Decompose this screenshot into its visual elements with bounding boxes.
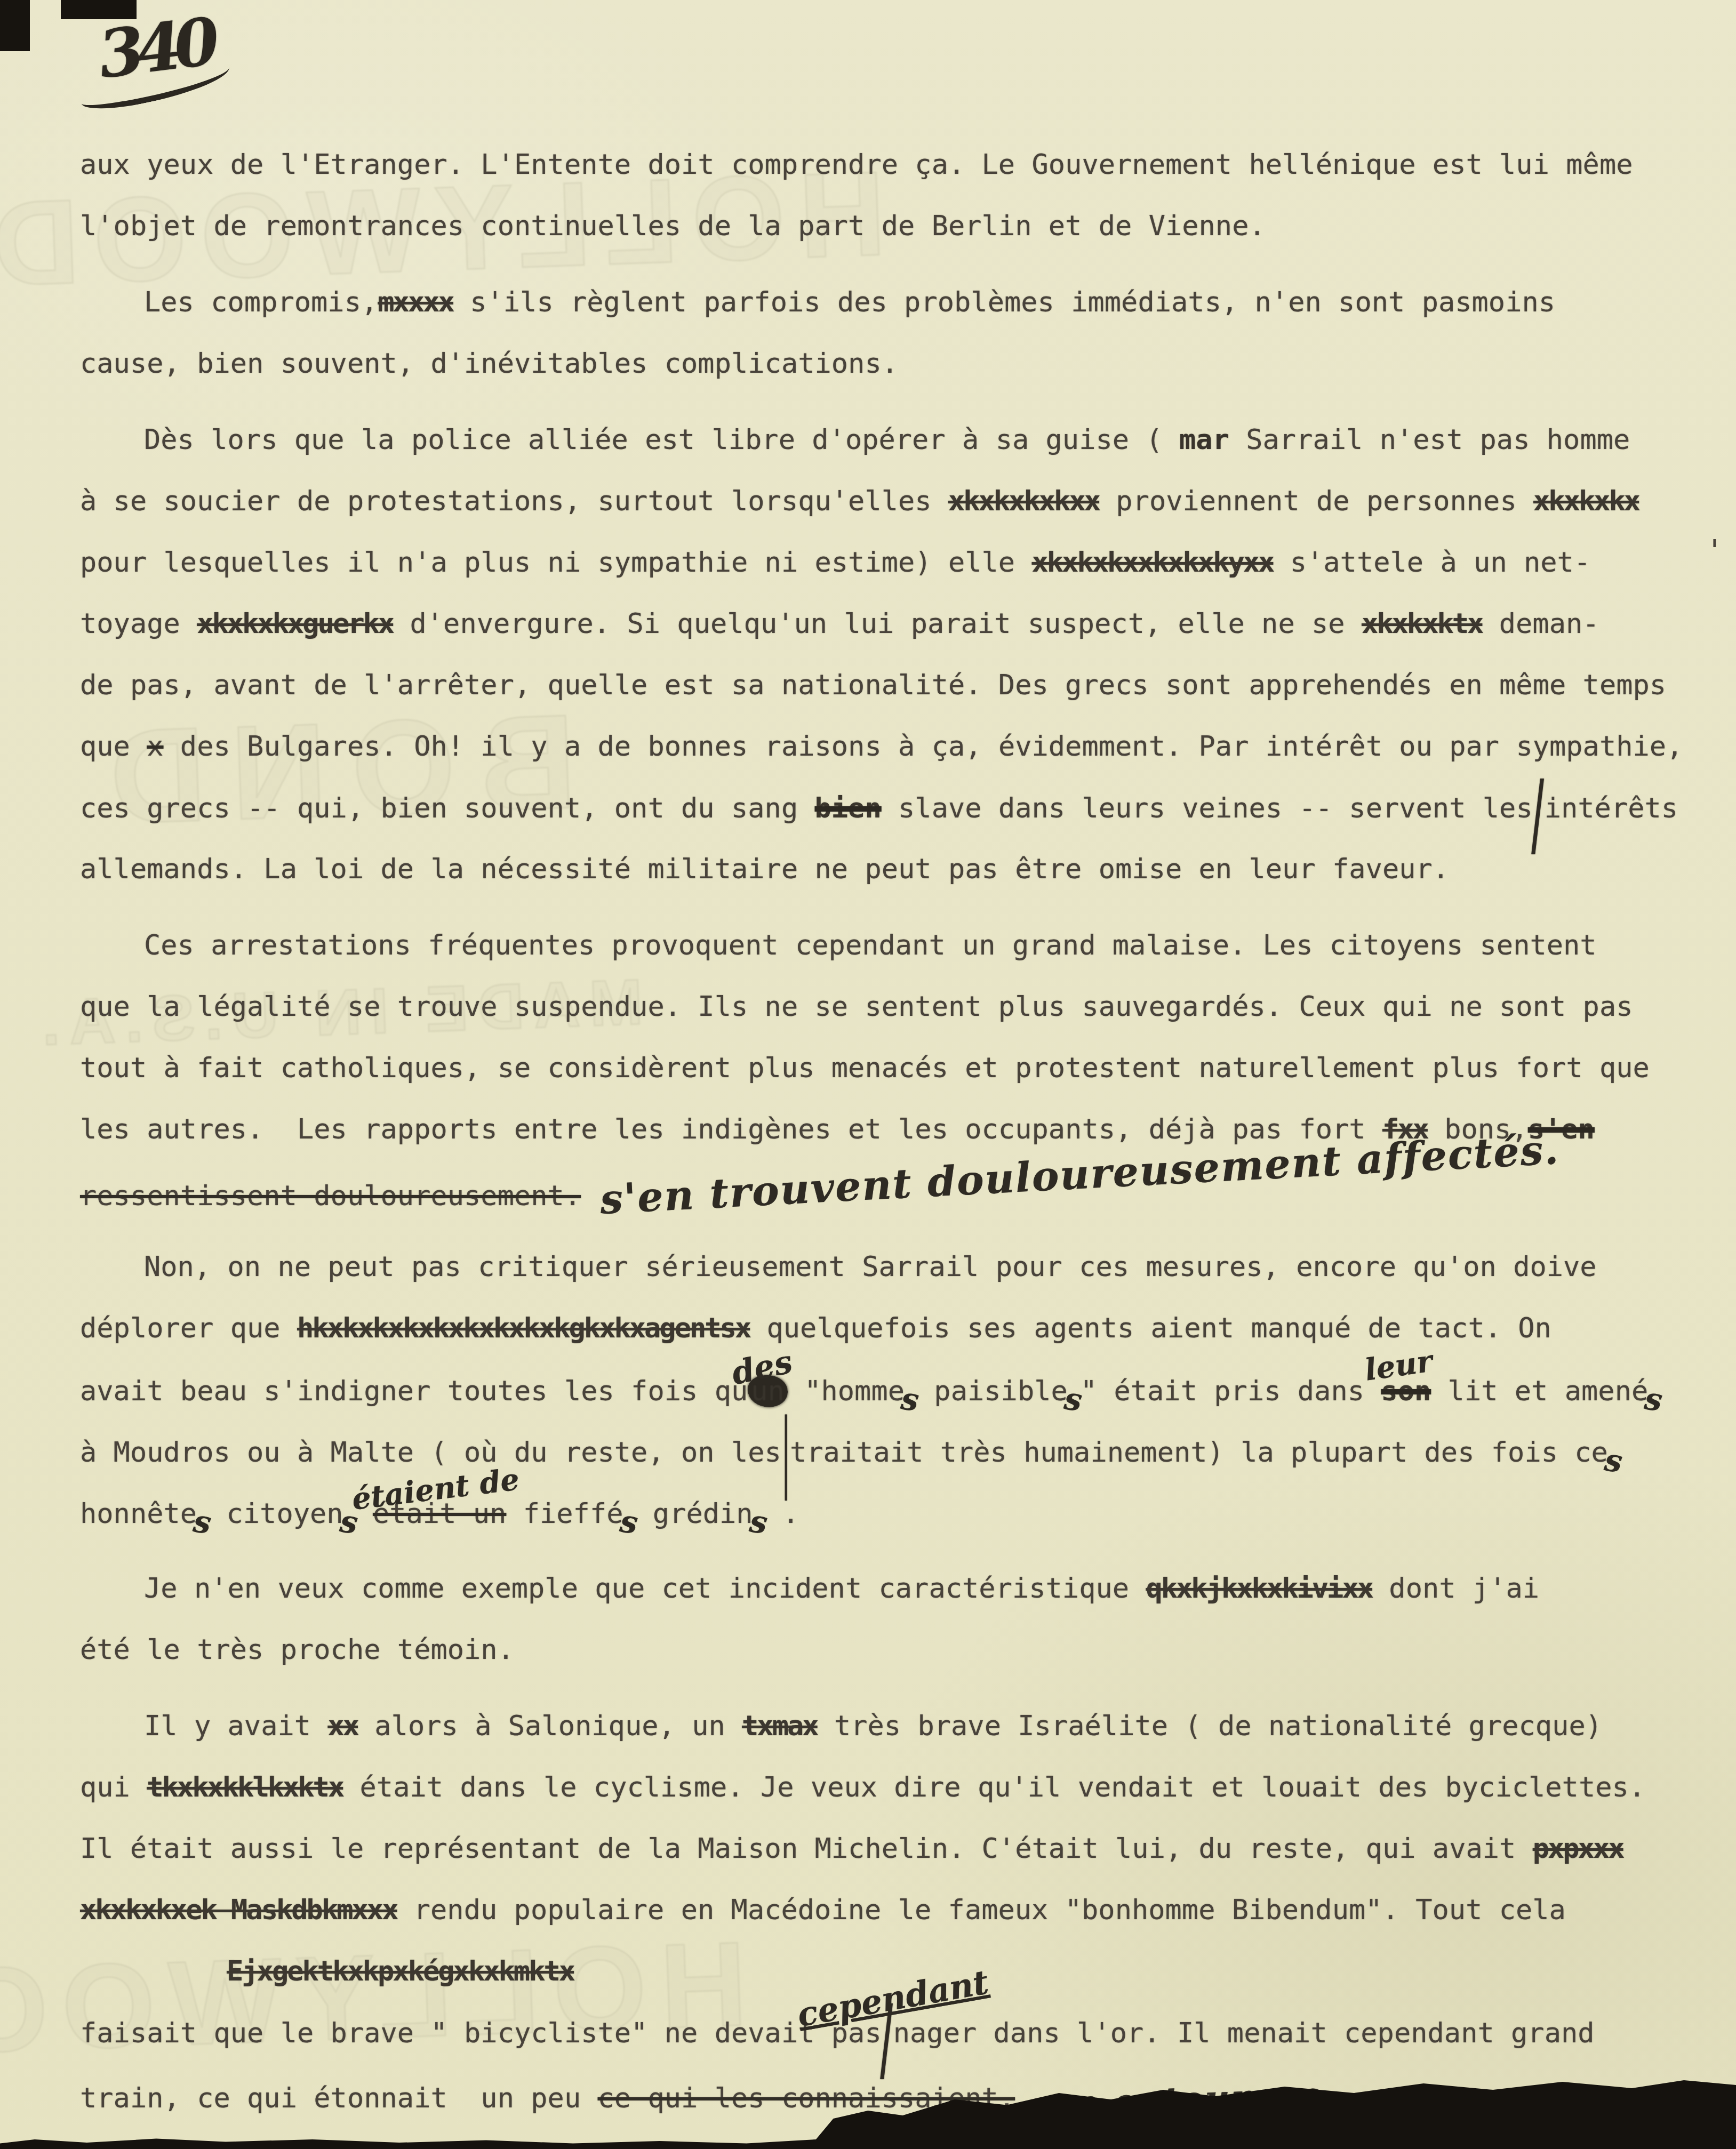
typed-text: lit et amené [1431, 1375, 1648, 1407]
typed-line: toyage xkxkxkxguerkx d'envergure. Si que… [80, 594, 1704, 655]
typed-text: cause, bien souvent, d'inévitables compl… [80, 348, 898, 380]
typed-text: d'envergure. Si quelqu'un lui parait sus… [393, 608, 1362, 640]
ink-struck-text: bien [815, 792, 882, 824]
typed-line: l'objet de remontrances continuelles de … [80, 196, 1704, 257]
typed-line: à Moudros ou à Malte ( où du reste, on l… [80, 1421, 1704, 1482]
typed-line: de pas, avant de l'arrêter, quelle est s… [80, 655, 1704, 716]
typed-strikeout: mxxxx [378, 286, 453, 318]
typed-text: l'objet de remontrances continuelles de … [80, 210, 1266, 242]
typed-text: que [80, 731, 147, 763]
typed-line: qui tkxkxkklkxktx était dans le cyclisme… [80, 1757, 1704, 1818]
typed-line: Non, on ne peut pas critiquer sérieuseme… [80, 1237, 1704, 1298]
typed-line: déplorer que hkxkxkxkxkxkxkxkxkgkxkxagen… [80, 1298, 1704, 1359]
typed-text: citoyen [210, 1498, 343, 1530]
typed-text: intérêts [1545, 792, 1678, 824]
typed-line: que x des Bulgares. Oh! il y a de bonnes… [80, 716, 1704, 777]
typed-text: faisait que le brave " bicycliste" ne de… [80, 2017, 882, 2049]
typed-text: deman- [1482, 608, 1599, 640]
typed-text: slave dans leurs veines -- servent les [882, 792, 1533, 824]
typed-strikeout: txmax [742, 1710, 818, 1742]
typed-text: été le très proche témoin. [80, 1634, 514, 1666]
typed-strikeout: xkxkxkxguerkx [197, 608, 393, 640]
typed-text: pour lesquelles il n'a plus ni sympathie… [80, 547, 1031, 579]
typed-line: xkxkxkxek Maskdbkmxxx rendu populaire en… [80, 1880, 1704, 1941]
overtyped-word: mar [1179, 424, 1229, 456]
typed-line: tout à fait catholiques, se considèrent … [80, 1038, 1704, 1099]
typed-line: avait beau s'indigner toutes les fois qu… [80, 1359, 1704, 1421]
typed-text: Les compromis, [144, 286, 378, 318]
typed-strikeout: xkxkxkx [1533, 485, 1639, 517]
typed-text: Dès lors que la police alliée est libre … [144, 424, 1179, 456]
typed-strikeout: tkxkxkklkxktx [147, 1771, 343, 1803]
typed-text: à se soucier de protestations, surtout l… [80, 485, 948, 517]
stray-ink-mark: ' [1706, 533, 1724, 568]
typed-text: s'attele à un net- [1273, 547, 1590, 579]
typed-text: Il y avait [144, 1710, 327, 1742]
handwritten-slash-mark: / [1531, 714, 1546, 917]
typed-text: traitait très humainement) la plupart de… [790, 1437, 1608, 1469]
typed-strikeout: qkxkjkxkxkivixx [1146, 1573, 1372, 1605]
typed-line: allemands. La loi de la nécessité milita… [80, 839, 1704, 900]
typed-line: cause, bien souvent, d'inévitables compl… [80, 333, 1704, 395]
typed-text: quelquefois ses agents aient manqué de t… [750, 1312, 1551, 1344]
typed-text: Ces arrestations fréquentes provoquent c… [144, 929, 1597, 961]
typed-text: alors à Salonique, un [358, 1710, 742, 1742]
typed-text: était dans le cyclisme. Je veux dire qu'… [343, 1771, 1645, 1803]
typed-text: dont j'ai [1372, 1573, 1539, 1605]
typed-text: toyage [80, 608, 197, 640]
typed-text: aux yeux de l'Etranger. L'Entente doit c… [80, 149, 1633, 181]
typed-text: honnête [80, 1498, 197, 1530]
typed-text: " était pris dans [1081, 1375, 1381, 1407]
typed-text: train, ce qui étonnait un peu [80, 2082, 598, 2114]
typed-text: grédin [636, 1498, 753, 1530]
typed-strikeout: hkxkxkxkxkxkxkxkxkgkxkxagentsx [297, 1312, 750, 1344]
typed-text: nager dans l'or. Il menait cependant gra… [893, 2017, 1595, 2049]
document-page: HOLLYWOOD BOND MADE IN U.S.A. HOLLYWOOD … [0, 0, 1736, 2149]
typed-strikeout: xkxkxkxkxx [948, 485, 1099, 517]
typed-text: que la légalité se trouve suspendue. Ils… [80, 991, 1633, 1023]
typed-text: Je n'en veux comme exemple que cet incid… [144, 1573, 1146, 1605]
typed-text: de pas, avant de l'arrêter, quelle est s… [80, 669, 1666, 701]
typed-line: Je n'en veux comme exemple que cet incid… [80, 1558, 1704, 1619]
typed-line: que la légalité se trouve suspendue. Ils… [80, 976, 1704, 1038]
typed-line: Il y avait xx alors à Salonique, un txma… [80, 1696, 1704, 1757]
scan-edge-mark [61, 0, 137, 19]
handwritten-slash-mark: / [880, 1939, 895, 2142]
typed-line: pour lesquelles il n'a plus ni sympathie… [80, 532, 1704, 594]
typed-line: ces grecs -- qui, bien souvent, ont du s… [80, 777, 1704, 839]
typed-text: qui [80, 1771, 147, 1803]
typed-text: allemands. La loi de la nécessité milita… [80, 853, 1449, 885]
typed-text: fieffé [506, 1498, 623, 1530]
typed-text: déplorer que [80, 1312, 297, 1344]
typed-text: très brave Israélite ( de nationalité gr… [818, 1710, 1602, 1742]
typed-line: à se soucier de protestations, surtout l… [80, 471, 1704, 532]
typed-strikeout: xx [327, 1710, 358, 1742]
typed-line: Il était aussi le représentant de la Mai… [80, 1818, 1704, 1880]
typed-text: "homme [788, 1375, 905, 1407]
handwritten-bar-mark: | [781, 1358, 790, 1548]
scan-edge-mark [0, 0, 30, 51]
typed-line: Les compromis,mxxxx s'ils règlent parfoi… [80, 272, 1704, 333]
typed-text: rendu populaire en Macédoine le fameux "… [397, 1894, 1565, 1926]
typed-text: s'ils règlent parfois des problèmes immé… [453, 286, 1555, 318]
typed-line: faisait que le brave " bicycliste" ne de… [80, 2002, 1704, 2064]
typed-text: avait beau s'indigner toutes les fois qu [80, 1375, 748, 1407]
typed-strikeout: xkxkxkxek Maskdbkmxxx [80, 1894, 397, 1926]
typed-line: Dès lors que la police alliée est libre … [80, 410, 1704, 471]
typed-line: honnêtes citoyens étaient deétait un fie… [80, 1482, 1704, 1543]
typed-text: des Bulgares. Oh! il y a de bonnes raiso… [164, 731, 1683, 763]
typed-line: aux yeux de l'Etranger. L'Entente doit c… [80, 134, 1704, 196]
hand-struck-text: x [147, 731, 163, 763]
typed-text: Non, on ne peut pas critiquer sérieuseme… [144, 1251, 1597, 1283]
typed-text: ces grecs -- qui, bien souvent, ont du s… [80, 792, 815, 824]
typed-text: paisible [917, 1375, 1068, 1407]
typed-strikeout: pxpxxx [1533, 1833, 1623, 1865]
typed-text: proviennent de personnes [1099, 485, 1533, 517]
typed-line: Ces arrestations fréquentes provoquent c… [80, 915, 1704, 976]
typed-text: Il était aussi le représentant de la Mai… [80, 1833, 1533, 1865]
typed-line: ressentissent douloureusement. s'en trou… [80, 1160, 1704, 1222]
hand-struck-text: ressentissent douloureusement. [80, 1180, 581, 1212]
typed-text: Sarrail n'est pas homme [1229, 424, 1630, 456]
typed-strikeout: xkxkxktx [1362, 608, 1482, 640]
typed-strikeout: xkxkxkxxkxkxkyxx [1031, 547, 1273, 579]
typed-line: été le très proche témoin. [80, 1619, 1704, 1681]
typed-text: tout à fait catholiques, se considèrent … [80, 1052, 1650, 1084]
typed-strikeout: Ejxgektkxkpxkégxkxkmktx [227, 1955, 574, 1987]
typescript-body: aux yeux de l'Etranger. L'Entente doit c… [80, 134, 1704, 2125]
